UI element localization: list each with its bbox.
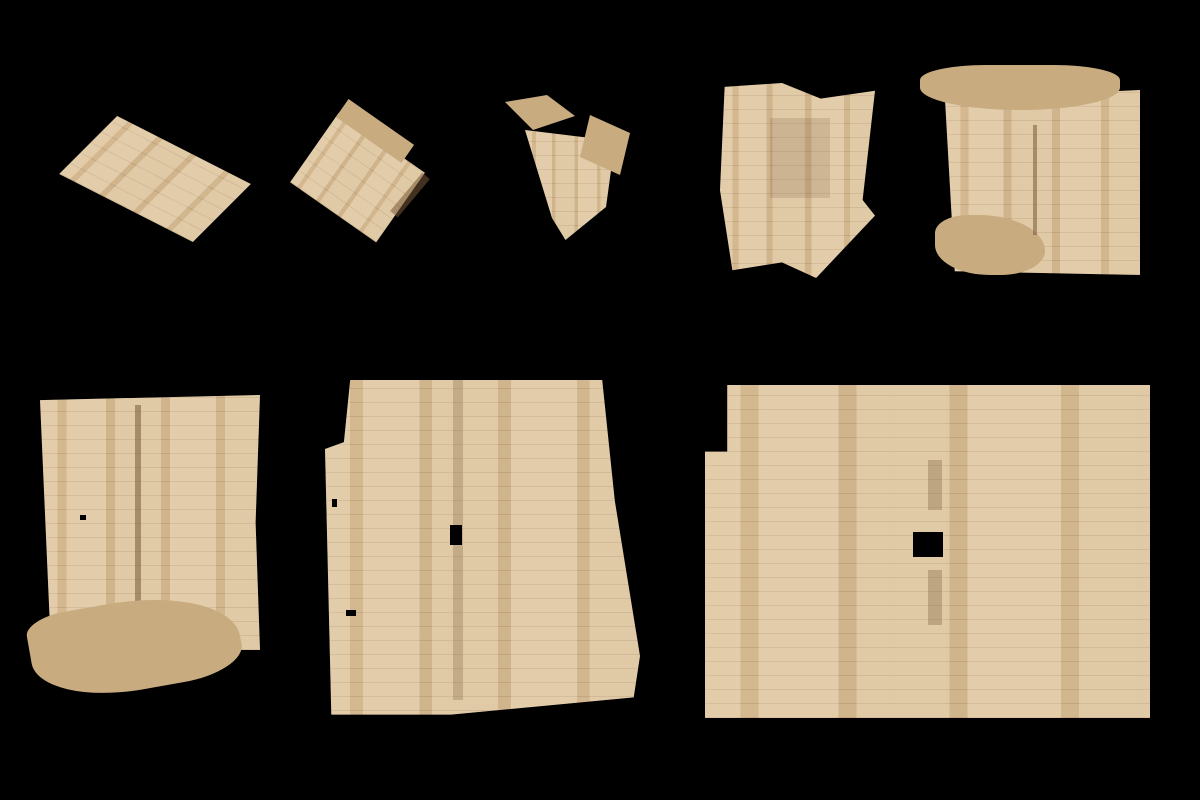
- damage-hole: [332, 499, 337, 507]
- stage-2-first-flap: [290, 95, 450, 245]
- center-crease: [1033, 125, 1037, 235]
- damage-hole: [346, 610, 356, 616]
- vertical-crease: [135, 405, 141, 615]
- stage-6-single-fold: [25, 385, 270, 695]
- paper-packet: [59, 116, 251, 242]
- damage-hole: [450, 525, 462, 545]
- stage-5-curled-edges: [915, 65, 1145, 280]
- damage-hole: [913, 532, 943, 557]
- paper-body: [325, 380, 640, 725]
- stage-4-box-opening: [715, 78, 885, 283]
- inner-fold-shadow: [770, 118, 830, 198]
- paper-flap: [505, 95, 575, 130]
- stage-1-folded-packet: [60, 120, 240, 240]
- stage-7-center-crease: [320, 375, 645, 730]
- top-curl: [920, 65, 1120, 110]
- stain-column: [928, 460, 942, 510]
- stage-3-crumpled: [500, 85, 650, 265]
- damage-hole: [80, 515, 86, 520]
- stage-8-flat-sheet: [700, 380, 1155, 725]
- stain-column: [928, 570, 942, 625]
